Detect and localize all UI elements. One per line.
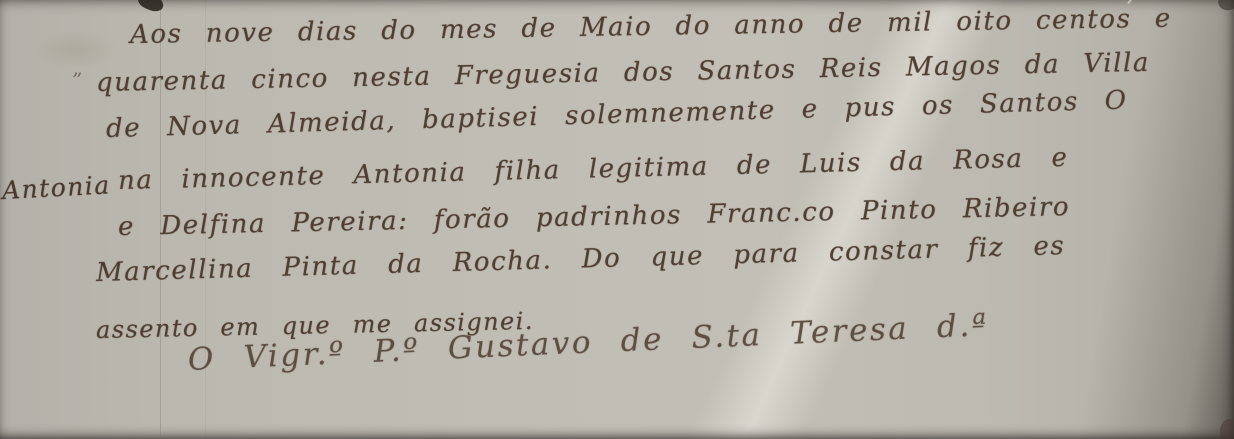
record-line-4: na innocente Antonia filha legitima de L… xyxy=(118,143,1069,196)
margin-note-name: Antonia xyxy=(1,170,111,205)
record-line-6: Marcellina Pinta da Rocha. Do que para c… xyxy=(96,231,1066,288)
shadow-blemish-bottom-right xyxy=(1220,419,1234,439)
document-photo: ” Antonia Aos nove dias do mes de Maio d… xyxy=(0,0,1234,439)
record-line-1: Aos nove dias do mes de Maio do anno de … xyxy=(130,4,1172,50)
stray-ink-mark: ” xyxy=(72,68,82,92)
ink-blemish-top-left xyxy=(136,0,166,15)
